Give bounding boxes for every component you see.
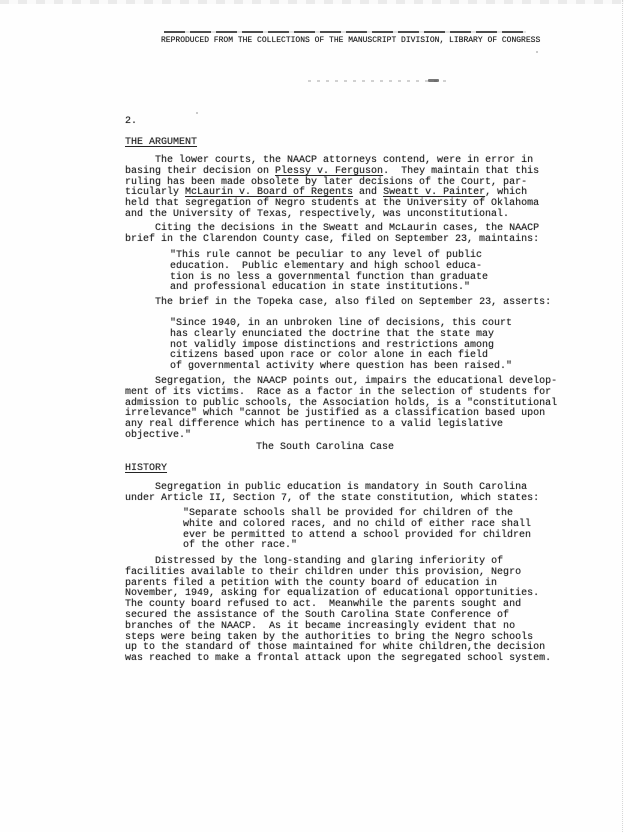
paragraph-text: and: [353, 187, 383, 198]
case-citation-mclaurin: McLaurin v. Board of Regents: [185, 187, 353, 198]
scan-speck: [536, 51, 538, 53]
paragraph-topeka-brief: The brief in the Topeka case, also filed…: [125, 298, 561, 309]
scan-smudge-dark-mark: [428, 79, 439, 82]
library-of-congress-stamp: REPRODUCED FROM THE COLLECTIONS OF THE M…: [161, 36, 561, 46]
scan-smudge-marks: [308, 80, 448, 82]
paragraph-citing-decisions: Citing the decisions in the Sweatt and M…: [125, 224, 561, 246]
paragraph-mandatory-segregation: Segregation in public education is manda…: [125, 483, 561, 505]
scanned-document-page: REPRODUCED FROM THE COLLECTIONS OF THE M…: [0, 0, 624, 832]
case-citation-sweatt: Sweatt v. Painter: [383, 187, 485, 198]
paragraph-segregation-impairs: Segregation, the NAACP points out, impai…: [125, 377, 561, 442]
case-citation-plessy: Plessy v. Ferguson: [275, 166, 383, 177]
scan-right-edge-artifact: [622, 0, 623, 832]
blockquote-since-1940: "Since 1940, in an unbroken line of deci…: [170, 319, 540, 373]
paragraph-distressed-parents: Distressed by the long-standing and glar…: [125, 557, 561, 665]
page-number: 2.: [125, 117, 561, 128]
stamp-overline-rule: [164, 31, 526, 33]
section-heading-the-argument: THE ARGUMENT: [125, 138, 561, 149]
paragraph-lower-courts: The lower courts, the NAACP attorneys co…: [125, 156, 561, 221]
section-heading-history: HISTORY: [125, 464, 561, 475]
blockquote-state-constitution: "Separate schools shall be provided for …: [183, 509, 563, 552]
scan-top-edge-artifact: [0, 0, 624, 4]
scan-speck: [196, 112, 198, 114]
blockquote-clarendon-brief: "This rule cannot be peculiar to any lev…: [170, 251, 540, 294]
subtitle-south-carolina-case: The South Carolina Case: [256, 443, 394, 454]
